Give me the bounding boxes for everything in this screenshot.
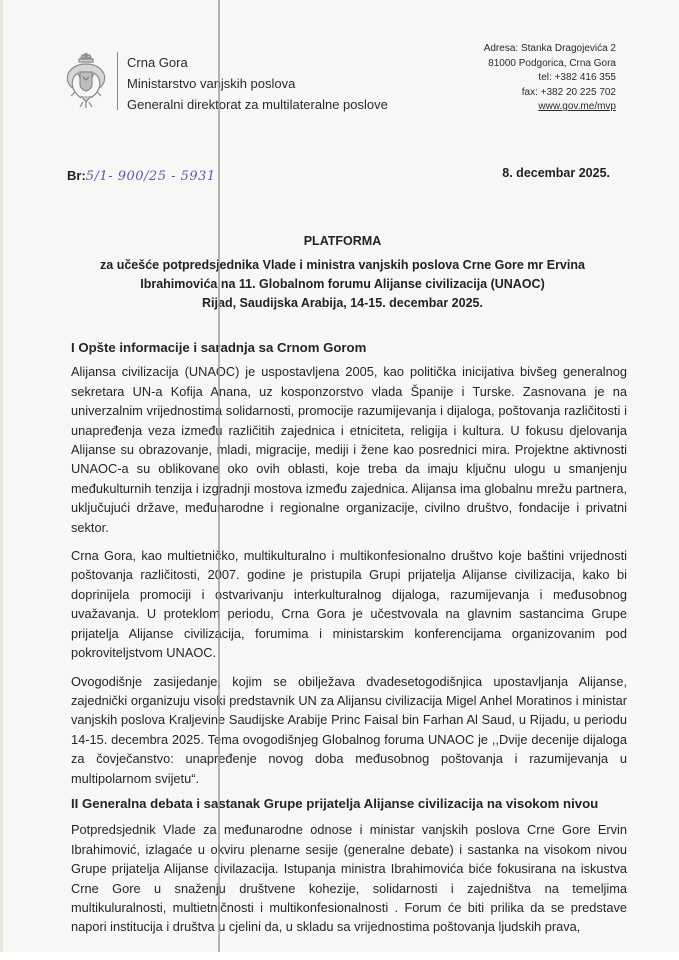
- address-tel: tel: +382 416 355: [484, 71, 616, 86]
- header-divider: [117, 52, 118, 110]
- address-city: 81000 Podgorica, Crna Gora: [484, 57, 616, 72]
- address-street: Adresa: Stanka Dragojevića 2: [484, 42, 616, 57]
- document-body: I Opšte informacije i saradnja sa Crnom …: [71, 338, 627, 946]
- org-ministry: Ministarstvo vanjskih poslova: [127, 73, 388, 94]
- coat-of-arms-icon: [63, 52, 109, 110]
- paragraph: Alijansa civilizacija (UNAOC) je usposta…: [71, 362, 627, 537]
- paragraph: Potpredsjednik Vlade za međunarodne odno…: [71, 820, 627, 936]
- paragraph: Crna Gora, kao multietničko, multikultur…: [71, 546, 627, 662]
- scan-fold-line: [218, 0, 220, 952]
- subtitle-line: Ibrahimovića na 11. Globalnom forumu Ali…: [43, 275, 642, 294]
- subtitle-line: Rijad, Saudijska Arabija, 14-15. decemba…: [43, 294, 642, 313]
- document-date: 8. decembar 2025.: [502, 166, 610, 180]
- section-heading-2: II Generalna debata i sastanak Grupe pri…: [71, 794, 627, 813]
- document-title: PLATFORMA: [3, 234, 679, 248]
- document-subtitle: za učešće potpredsjednika Vlade i minist…: [43, 256, 642, 313]
- website-link[interactable]: www.gov.me/mvp: [484, 100, 616, 115]
- reference-label: Br:: [67, 168, 86, 183]
- organization-name-block: Crna Gora Ministarstvo vanjskih poslova …: [127, 52, 388, 115]
- subtitle-line: za učešće potpredsjednika Vlade i minist…: [43, 256, 642, 275]
- org-directorate: Generalni direktorat za multilateralne p…: [127, 94, 388, 115]
- address-fax: fax: +382 20 225 702: [484, 86, 616, 101]
- section-heading-1: I Opšte informacije i saradnja sa Crnom …: [71, 338, 627, 357]
- org-country: Crna Gora: [127, 52, 388, 73]
- reference-number: Br:5/1- 900/25 - 5931: [67, 168, 216, 184]
- reference-handwritten-number: 5/1- 900/25 - 5931: [86, 169, 216, 184]
- address-block: Adresa: Stanka Dragojevića 2 81000 Podgo…: [484, 42, 616, 115]
- page-bottom-edge: [0, 952, 679, 960]
- paragraph: Ovogodišnje zasijedanje, kojim se obilje…: [71, 672, 627, 788]
- document-page: Crna Gora Ministarstvo vanjskih poslova …: [0, 0, 679, 952]
